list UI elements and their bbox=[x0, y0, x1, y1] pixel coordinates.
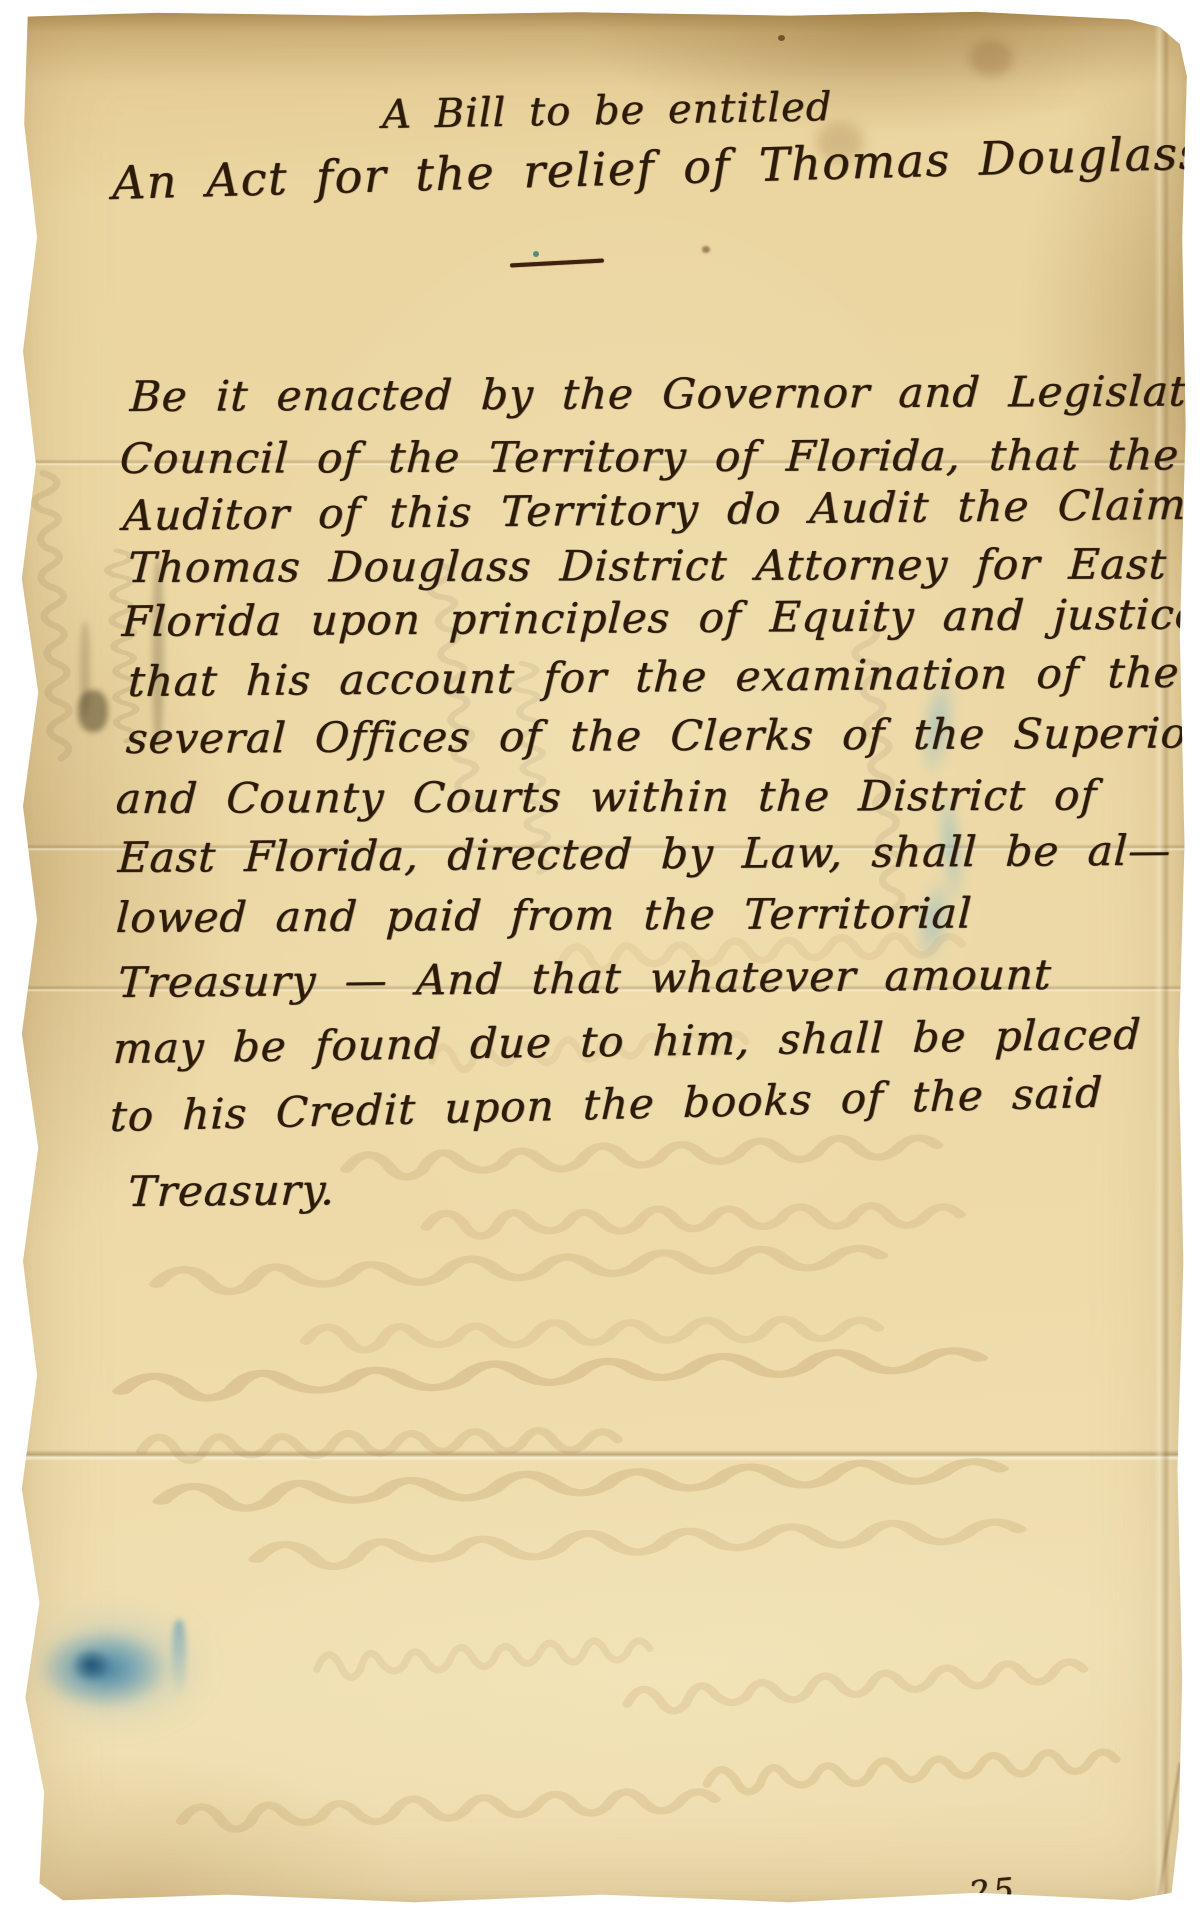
title-line-2: An Act for the relief of Thomas Douglass… bbox=[111, 125, 1200, 210]
ink-speck bbox=[919, 1913, 930, 1921]
manuscript-line: may be found due to him, shall be placed bbox=[112, 1010, 1142, 1073]
ink-speck bbox=[533, 251, 539, 257]
manuscript-line: and County Courts within the District of bbox=[115, 771, 1098, 823]
stain-spot bbox=[969, 40, 1013, 76]
scanned-document-page: A Bill to be entitled An Act for the rel… bbox=[0, 0, 1200, 1929]
manuscript-line: East Florida, directed by Law, shall be … bbox=[117, 826, 1172, 882]
blue-ink-drip bbox=[172, 1620, 186, 1698]
manuscript-line: Thomas Douglass District Attorney for Ea… bbox=[127, 539, 1168, 592]
manuscript-line: Auditor of this Territory do Audit the C… bbox=[122, 479, 1200, 540]
manuscript-line: that his account for the examination of … bbox=[127, 648, 1181, 706]
title-line-1: A Bill to be entitled bbox=[382, 84, 833, 138]
fold-crease bbox=[16, 1450, 1188, 1461]
manuscript-line: Treasury. bbox=[127, 1165, 336, 1216]
ink-speck bbox=[778, 35, 785, 41]
blue-ink-stain-core bbox=[71, 1648, 111, 1682]
ink-speck bbox=[702, 246, 710, 253]
right-edge-fold bbox=[1154, 10, 1170, 1906]
manuscript-line: Council of the Territory of Florida, tha… bbox=[119, 430, 1181, 483]
manuscript-line: lowed and paid from the Territorial bbox=[115, 889, 974, 942]
manuscript-line: Be it enacted by the Governor and Legisl… bbox=[129, 366, 1200, 421]
manuscript-paper: A Bill to be entitled An Act for the rel… bbox=[16, 10, 1188, 1906]
underline-flourish bbox=[510, 259, 604, 268]
ink-blot bbox=[938, 1896, 968, 1918]
manuscript-line: Florida upon principles of Equity and ju… bbox=[121, 589, 1200, 646]
manuscript-line: Treasury — And that whatever amount bbox=[117, 950, 1053, 1007]
manuscript-line: to his Credit upon the books of the said bbox=[109, 1068, 1103, 1141]
margin-smudge bbox=[78, 690, 108, 732]
page-number: 25 bbox=[967, 1870, 1019, 1912]
manuscript-line: several Offices of the Clerks of the Sup… bbox=[125, 708, 1200, 763]
